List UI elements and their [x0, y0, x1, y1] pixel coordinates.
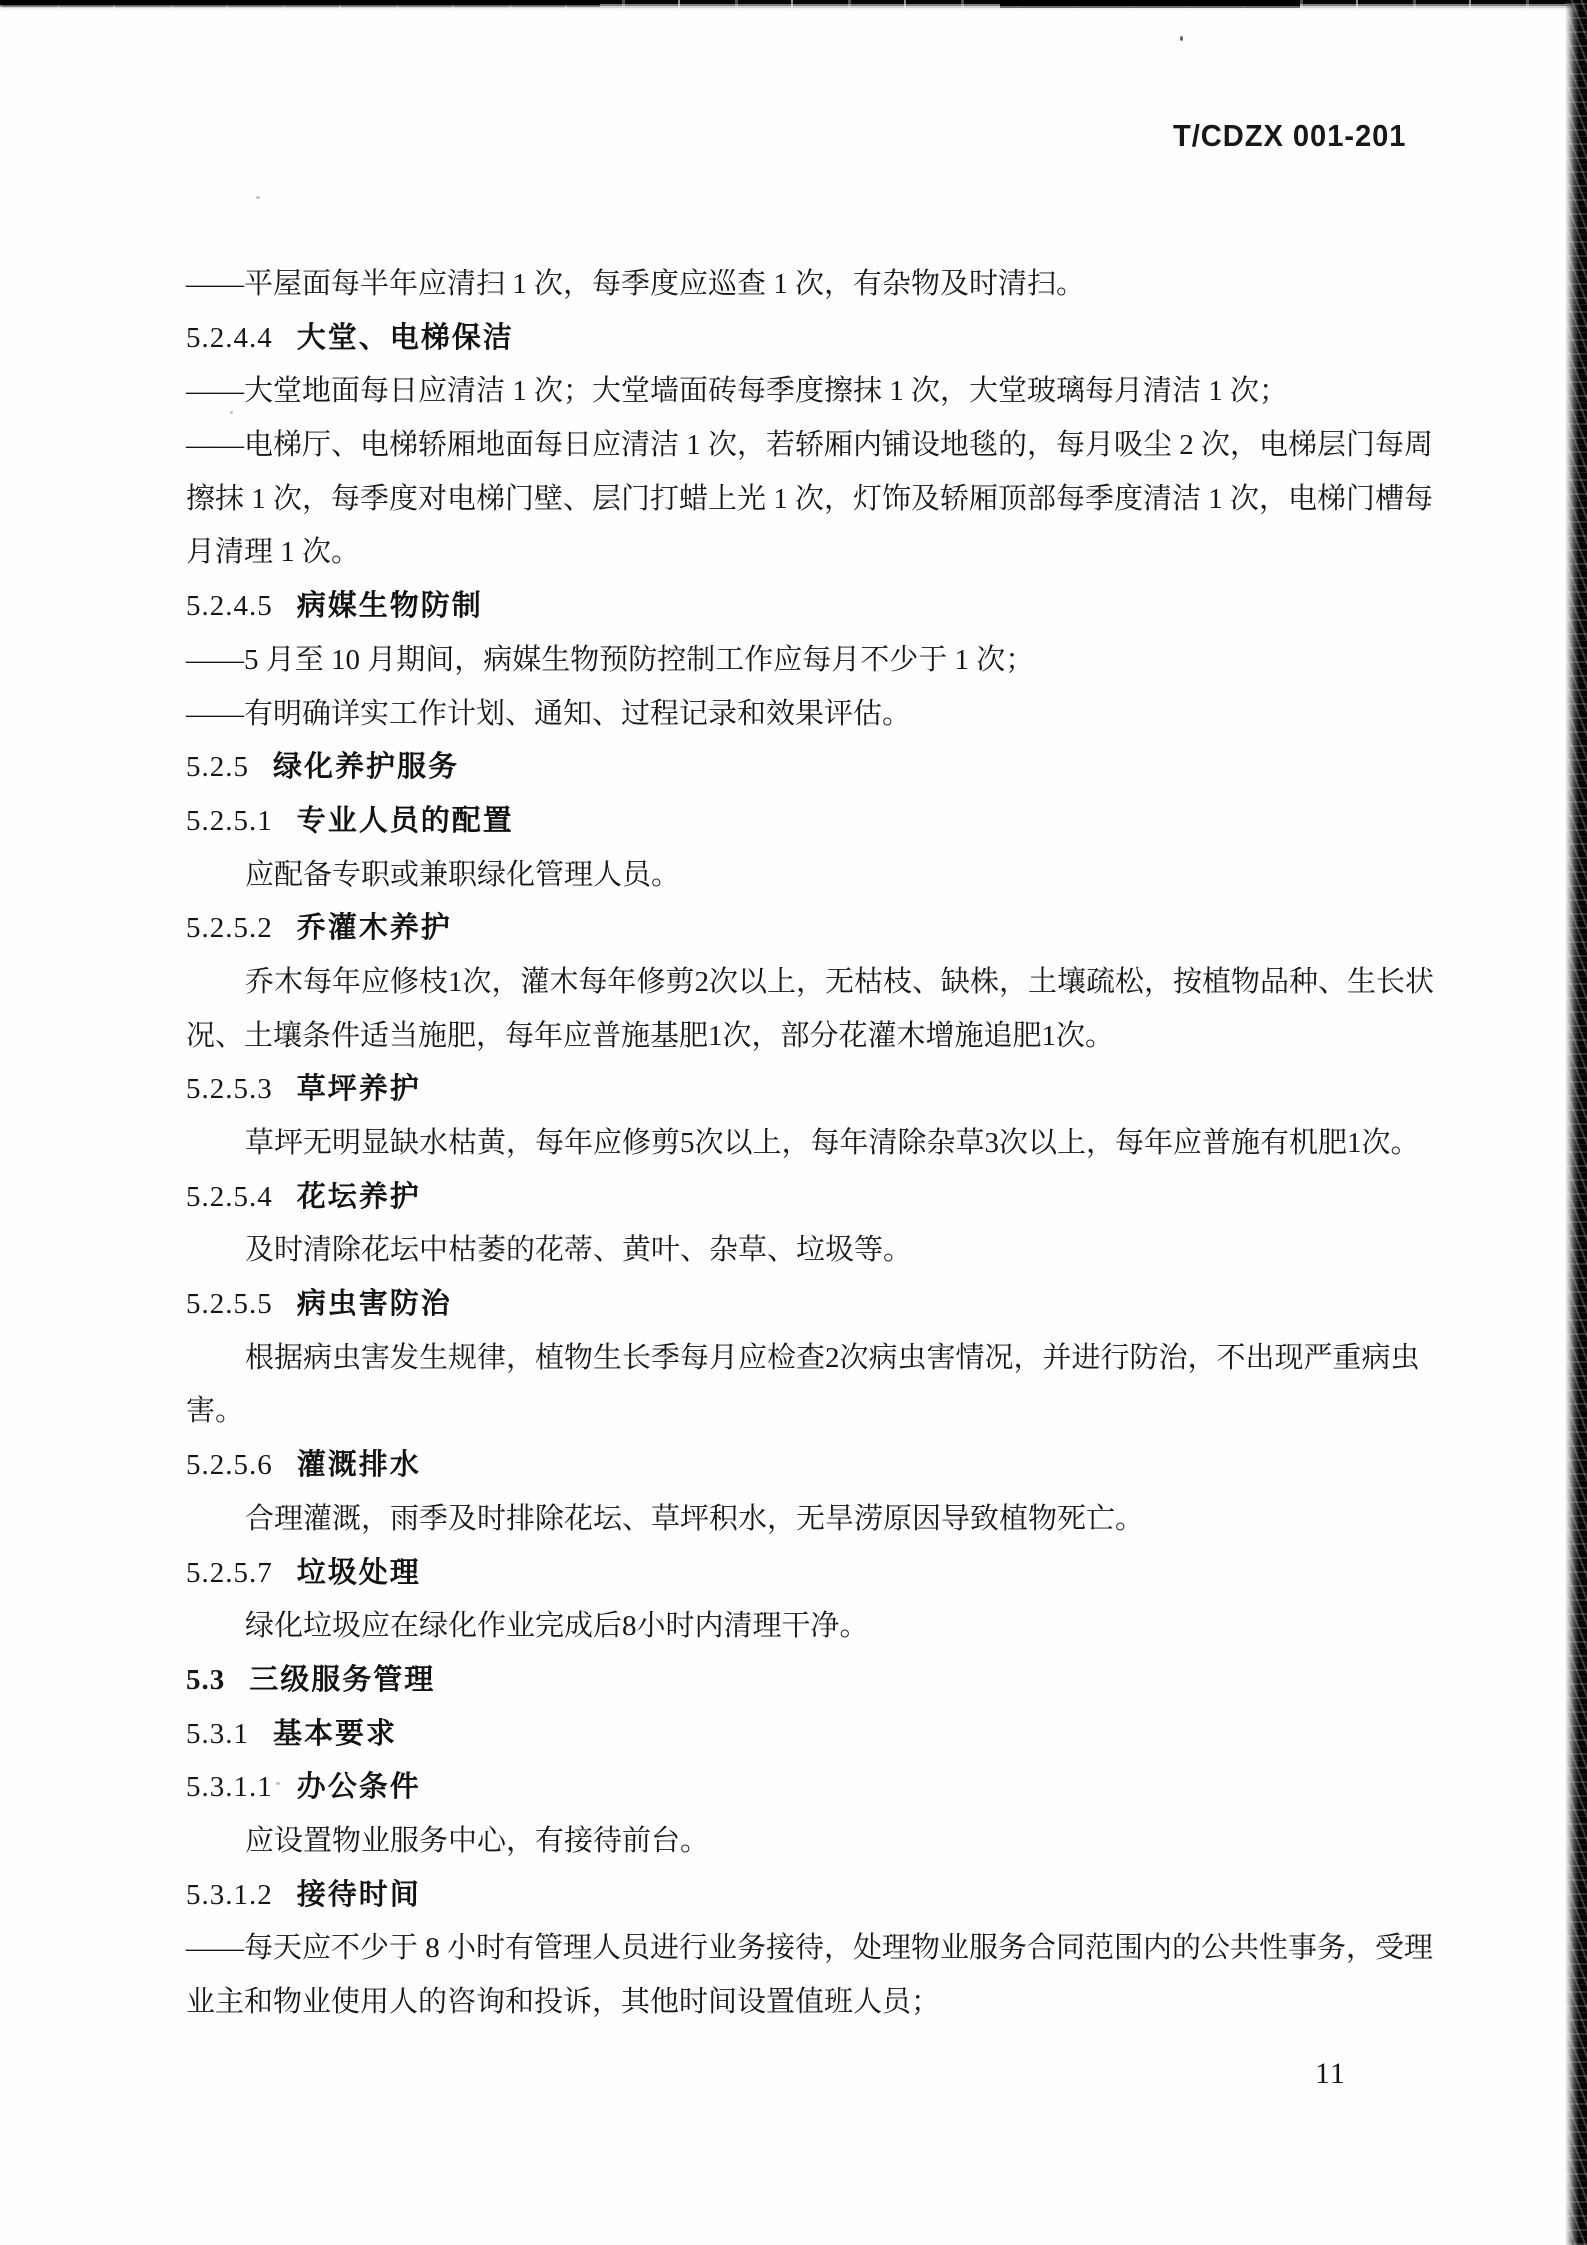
doc-text: ——有明确详实工作计划、通知、过程记录和效果评估。: [186, 698, 911, 730]
doc-heading-line: 5.2.5.5病虫害防治: [186, 1278, 1436, 1332]
doc-text-line: 及时清除花坛中枯萎的花蒂、黄叶、杂草、垃圾等。: [186, 1224, 1436, 1278]
standard-code-header: T/CDZX 001-201: [1173, 118, 1406, 154]
heading-number: 5.2.5.6: [186, 1449, 273, 1481]
scan-top-edge-blob-left: [0, 0, 600, 7]
doc-text: ——电梯厅、电梯轿厢地面每日应清洁 1 次，若轿厢内铺设地毯的，每月吸尘 2 次…: [186, 429, 1433, 461]
doc-text: ——5 月至 10 月期间，病媒生物预防控制工作应每月不少于 1 次；: [186, 644, 1034, 676]
doc-text-line: 草坪无明显缺水枯黄，每年应修剪5次以上，每年清除杂草3次以上，每年应普施有机肥1…: [186, 1117, 1436, 1171]
heading-title: 大堂、电梯保洁: [297, 322, 514, 354]
doc-text: 绿化垃圾应在绿化作业完成后8小时内清理干净。: [245, 1610, 869, 1642]
doc-text-line: ——平屋面每半年应清扫 1 次，每季度应巡查 1 次，有杂物及时清扫。: [186, 258, 1436, 312]
doc-text-line: 绿化垃圾应在绿化作业完成后8小时内清理干净。: [186, 1600, 1436, 1654]
doc-heading-line: 5.3.1.1办公条件: [186, 1761, 1436, 1815]
doc-text-line: 业主和物业使用人的咨询和投诉，其他时间设置值班人员；: [186, 1976, 1436, 2030]
heading-number: 5.2.4.4: [186, 322, 273, 354]
doc-text-line: 应配备专职或兼职绿化管理人员。: [186, 849, 1436, 903]
heading-title: 专业人员的配置: [297, 805, 514, 837]
scanned-document-page: T/CDZX 001-201 ——平屋面每半年应清扫 1 次，每季度应巡查 1 …: [0, 0, 1587, 2245]
scan-speck: [1180, 36, 1183, 41]
doc-text: 根据病虫害发生规律，植物生长季每月应检查2次病虫害情况，并进行防治，不出现严重病…: [245, 1342, 1420, 1374]
doc-text-line: 月清理 1 次。: [186, 526, 1436, 580]
doc-heading-line: 5.2.5绿化养护服务: [186, 741, 1436, 795]
heading-number: 5.2.5.5: [186, 1288, 273, 1320]
heading-title: 接待时间: [297, 1879, 421, 1911]
doc-heading-line: 5.2.5.1专业人员的配置: [186, 795, 1436, 849]
doc-text: ——平屋面每半年应清扫 1 次，每季度应巡查 1 次，有杂物及时清扫。: [186, 268, 1085, 300]
doc-heading-line: 5.2.4.4大堂、电梯保洁: [186, 312, 1436, 366]
heading-title: 草坪养护: [297, 1073, 421, 1105]
doc-heading-line: 5.3.1.2接待时间: [186, 1869, 1436, 1923]
doc-text: ——每天应不少于 8 小时有管理人员进行业务接待，处理物业服务合同范围内的公共性…: [186, 1932, 1433, 1964]
doc-text: ——大堂地面每日应清洁 1 次；大堂墙面砖每季度擦抹 1 次，大堂玻璃每月清洁 …: [186, 375, 1288, 407]
heading-title: 基本要求: [273, 1718, 397, 1750]
doc-heading-line: 5.2.5.3草坪养护: [186, 1063, 1436, 1117]
doc-text-line: 况、土壤条件适当施肥，每年应普施基肥1次，部分花灌木增施追肥1次。: [186, 1010, 1436, 1064]
heading-number: 5.2.5.1: [186, 805, 273, 837]
doc-heading-line: 5.3三级服务管理: [186, 1654, 1436, 1708]
doc-text: 合理灌溉，雨季及时排除花坛、草坪积水，无旱涝原因导致植物死亡。: [245, 1503, 1144, 1535]
heading-title: 病媒生物防制: [297, 590, 483, 622]
doc-text: 擦抹 1 次，每季度对电梯门壁、层门打蜡上光 1 次，灯饰及轿厢顶部每季度清洁 …: [186, 483, 1433, 515]
heading-title: 乔灌木养护: [297, 912, 452, 944]
heading-number: 5.3.1: [186, 1718, 249, 1750]
doc-text-line: ——5 月至 10 月期间，病媒生物预防控制工作应每月不少于 1 次；: [186, 634, 1436, 688]
heading-number: 5.2.5: [186, 751, 249, 783]
doc-text-line: ——电梯厅、电梯轿厢地面每日应清洁 1 次，若轿厢内铺设地毯的，每月吸尘 2 次…: [186, 419, 1436, 473]
scan-top-edge-blob: [1000, 0, 1300, 9]
heading-number: 5.2.5.7: [186, 1557, 273, 1589]
doc-text-line: ——每天应不少于 8 小时有管理人员进行业务接待，处理物业服务合同范围内的公共性…: [186, 1922, 1436, 1976]
doc-text-line: 根据病虫害发生规律，植物生长季每月应检查2次病虫害情况，并进行防治，不出现严重病…: [186, 1332, 1436, 1386]
heading-number: 5.2.5.4: [186, 1181, 273, 1213]
document-body: ——平屋面每半年应清扫 1 次，每季度应巡查 1 次，有杂物及时清扫。5.2.4…: [186, 258, 1436, 2030]
doc-text: 草坪无明显缺水枯黄，每年应修剪5次以上，每年清除杂草3次以上，每年应普施有机肥1…: [245, 1127, 1420, 1159]
heading-title: 灌溉排水: [297, 1449, 421, 1481]
doc-text-line: ——大堂地面每日应清洁 1 次；大堂墙面砖每季度擦抹 1 次，大堂玻璃每月清洁 …: [186, 365, 1436, 419]
doc-text: 月清理 1 次。: [186, 536, 360, 568]
doc-text: 乔木每年应修枝1次，灌木每年修剪2次以上，无枯枝、缺株，土壤疏松，按植物品种、生…: [245, 966, 1434, 998]
doc-heading-line: 5.2.5.2乔灌木养护: [186, 902, 1436, 956]
doc-text: 业主和物业使用人的咨询和投诉，其他时间设置值班人员；: [186, 1986, 940, 2018]
doc-heading-line: 5.2.5.7垃圾处理: [186, 1547, 1436, 1601]
doc-heading-line: 5.2.5.6灌溉排水: [186, 1439, 1436, 1493]
heading-title: 办公条件: [297, 1771, 421, 1803]
heading-number: 5.3: [186, 1664, 225, 1696]
heading-number: 5.3.1.2: [186, 1879, 273, 1911]
heading-title: 病虫害防治: [297, 1288, 452, 1320]
doc-heading-line: 5.3.1基本要求: [186, 1708, 1436, 1762]
doc-text-line: 乔木每年应修枝1次，灌木每年修剪2次以上，无枯枝、缺株，土壤疏松，按植物品种、生…: [186, 956, 1436, 1010]
heading-number: 5.2.4.5: [186, 590, 273, 622]
heading-number: 5.2.5.2: [186, 912, 273, 944]
doc-text: 及时清除花坛中枯萎的花蒂、黄叶、杂草、垃圾等。: [245, 1234, 912, 1266]
heading-title: 垃圾处理: [297, 1557, 421, 1589]
doc-text: 况、土壤条件适当施肥，每年应普施基肥1次，部分花灌木增施追肥1次。: [186, 1020, 1114, 1052]
heading-title: 花坛养护: [297, 1181, 421, 1213]
page-number: 11: [1315, 2057, 1346, 2091]
scan-speck: [256, 196, 260, 199]
scan-right-edge-band: [1565, 0, 1587, 2245]
heading-title: 绿化养护服务: [273, 751, 459, 783]
doc-text: 应设置物业服务中心，有接待前台。: [245, 1825, 709, 1857]
doc-heading-line: 5.2.4.5病媒生物防制: [186, 580, 1436, 634]
heading-title: 三级服务管理: [249, 1664, 435, 1696]
heading-number: 5.3.1.1: [186, 1771, 273, 1803]
doc-text-line: 应设置物业服务中心，有接待前台。: [186, 1815, 1436, 1869]
doc-heading-line: 5.2.5.4花坛养护: [186, 1171, 1436, 1225]
doc-text: 害。: [186, 1395, 244, 1427]
doc-text-line: ——有明确详实工作计划、通知、过程记录和效果评估。: [186, 688, 1436, 742]
doc-text: 应配备专职或兼职绿化管理人员。: [245, 859, 680, 891]
doc-text-line: 擦抹 1 次，每季度对电梯门壁、层门打蜡上光 1 次，灯饰及轿厢顶部每季度清洁 …: [186, 473, 1436, 527]
heading-number: 5.2.5.3: [186, 1073, 273, 1105]
doc-text-line: 合理灌溉，雨季及时排除花坛、草坪积水，无旱涝原因导致植物死亡。: [186, 1493, 1436, 1547]
doc-text-line: 害。: [186, 1385, 1436, 1439]
